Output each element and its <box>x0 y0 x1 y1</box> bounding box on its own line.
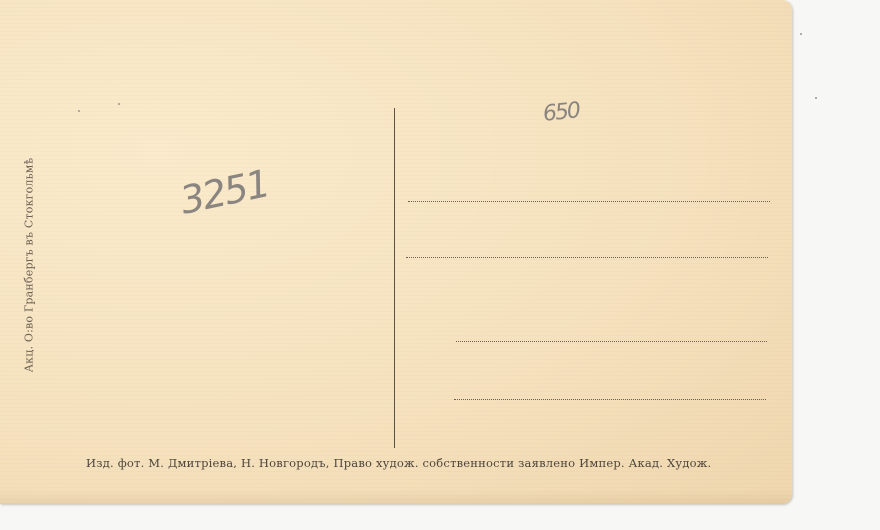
handwritten-number-left: 3251 <box>176 161 272 222</box>
address-line-3 <box>456 341 767 342</box>
address-line-1 <box>408 201 770 202</box>
address-line-4 <box>454 399 766 400</box>
handwritten-number-right: 650 <box>542 98 580 127</box>
publisher-credit: Изд. фот. М. Дмитріева, Н. Новгородъ, Пр… <box>86 456 711 470</box>
side-imprint-text: Акц. О:во Гранбергъ въ Стокгольмѣ <box>23 158 36 373</box>
message-address-divider <box>394 108 395 448</box>
postcard-back: Акц. О:во Гранбергъ въ Стокгольмѣ 3251 6… <box>0 0 792 504</box>
paper-speck <box>118 103 120 105</box>
scanner-speck <box>815 97 817 99</box>
paper-speck <box>78 110 80 112</box>
address-line-2 <box>406 257 768 258</box>
scanner-speck <box>800 33 802 35</box>
